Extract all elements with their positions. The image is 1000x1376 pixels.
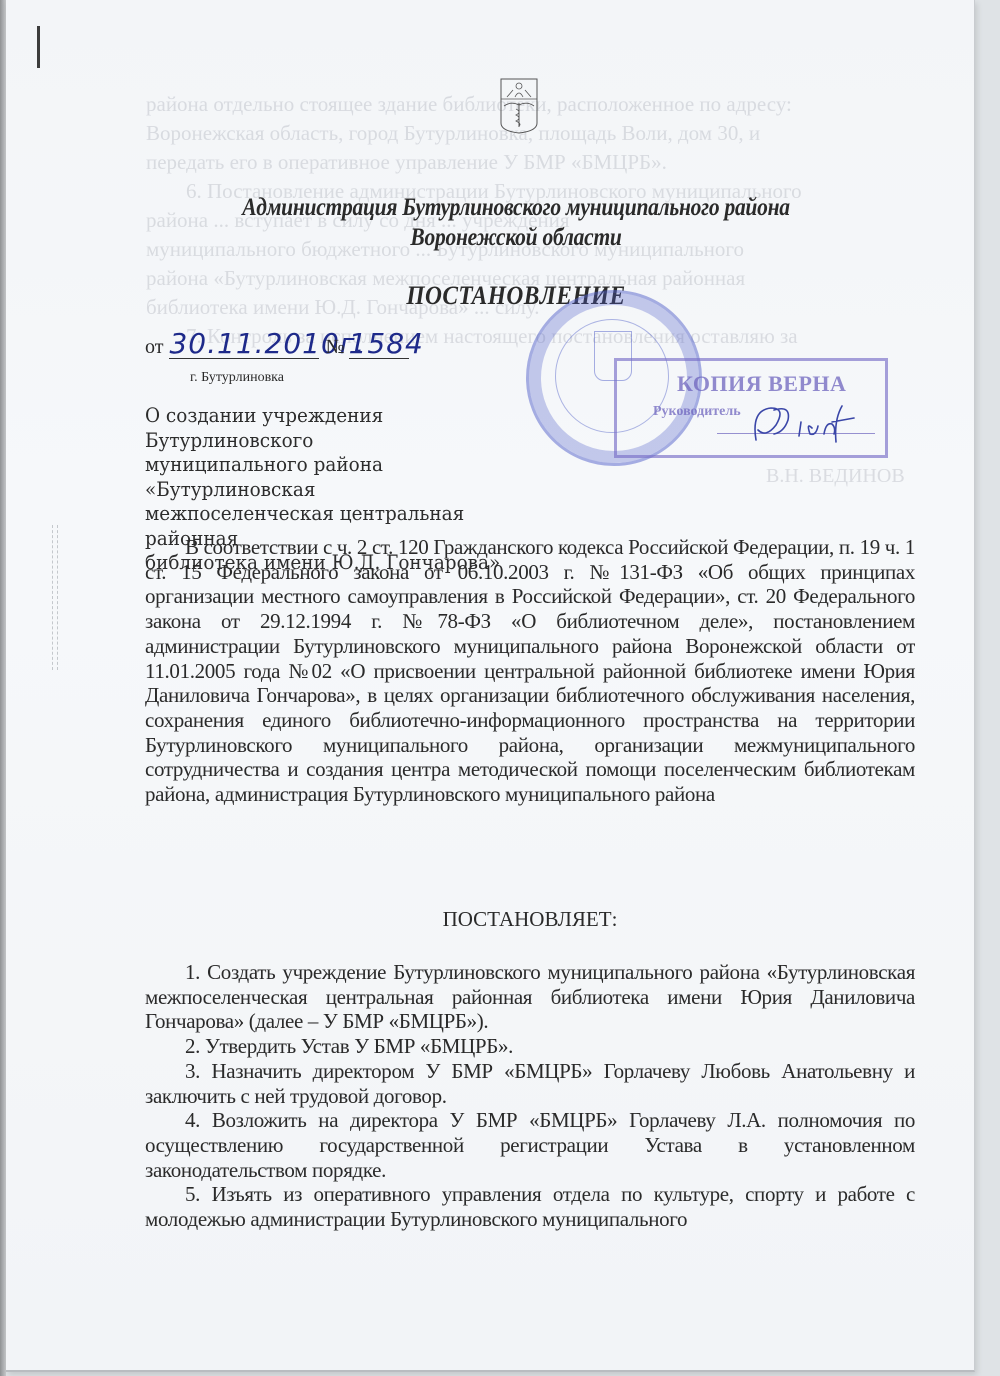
- issuer-header: Администрация Бутурлиновского муниципаль…: [163, 193, 868, 253]
- decree-item: 3. Назначить директором У БМР «БМЦРБ» Го…: [145, 1059, 915, 1108]
- subject-line: О создании учреждения Бутурлиновского: [145, 403, 550, 452]
- staple-holes: [52, 525, 58, 670]
- decree-item: 4. Возложить на директора У БМР «БМЦРБ» …: [145, 1108, 915, 1182]
- decree-item: 1. Создать учреждение Бутурлиновского му…: [145, 960, 915, 1034]
- date-number-line: от 30.11.2010г. № 1584: [145, 330, 409, 359]
- copy-stamp-role: Руководитель: [653, 404, 741, 420]
- document-page: района отдельно стоящее здание библиотек…: [6, 0, 975, 1372]
- issuer-line-1: Администрация Бутурлиновского муниципаль…: [163, 193, 868, 223]
- city-name: г. Бутурлиновка: [190, 370, 284, 386]
- date-prefix: от: [145, 336, 163, 359]
- bleed-line: передать его в оперативное управление У …: [146, 148, 916, 177]
- document-type-title: ПОСТАНОВЛЕНИЕ: [147, 281, 885, 311]
- number-prefix: №: [325, 336, 344, 359]
- decree-items: 1. Создать учреждение Бутурлиновского му…: [145, 960, 915, 1232]
- copy-stamp-title: КОПИЯ ВЕРНА: [677, 371, 846, 397]
- subject-line: муниципального района «Бутурлиновская: [145, 452, 550, 501]
- coat-of-arms-icon: [499, 77, 539, 135]
- margin-mark: [37, 26, 40, 68]
- signature-icon: [746, 400, 866, 450]
- decree-item: 2. Утвердить Устав У БМР «БМЦРБ».: [145, 1034, 915, 1059]
- bleed-signer: В.Н. ВЕДИНОВ: [766, 465, 905, 488]
- number-value: 1584: [349, 330, 409, 359]
- preamble-paragraph: В соответствии с ч. 2 ст. 120 Гражданско…: [145, 535, 915, 807]
- decree-item: 5. Изъять из оперативного управления отд…: [145, 1182, 915, 1231]
- issuer-line-2: Воронежской области: [163, 223, 868, 253]
- preamble: В соответствии с ч. 2 ст. 120 Гражданско…: [145, 535, 915, 807]
- decree-heading: ПОСТАНОВЛЯЕТ:: [145, 907, 915, 932]
- date-value: 30.11.2010г.: [169, 330, 319, 359]
